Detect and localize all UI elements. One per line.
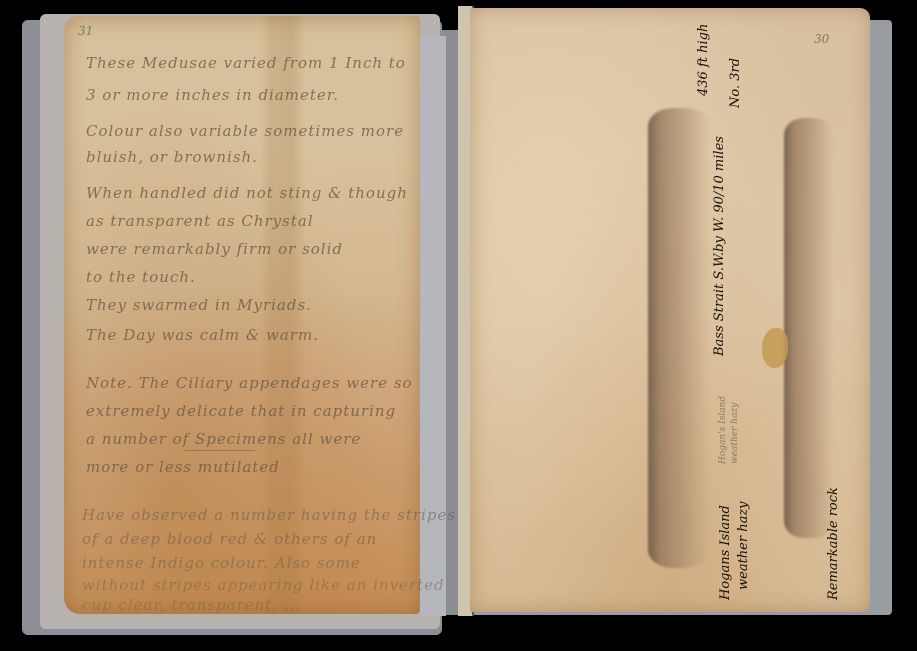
text-line: Have observed a number having the stripe… <box>82 508 456 523</box>
pencil-island-note: Hogan's Island <box>718 396 728 464</box>
left-page-number: 31 <box>78 24 93 38</box>
text-line: without stripes appearing like an invert… <box>82 578 445 593</box>
text-line: 3 or more inches in diameter. <box>86 88 339 103</box>
right-page-number: 30 <box>814 32 829 46</box>
text-line: were remarkably firm or solid <box>86 242 343 257</box>
number-annotation: No. 3rd <box>728 58 743 108</box>
text-line: bluish, or brownish. <box>86 150 258 165</box>
text-line: Note. The Ciliary appendages were so <box>86 376 413 391</box>
coastline-sketch-remarkable-rock <box>784 118 834 538</box>
bearing-annotation: Bass Strait S.W.by W. 90/10 miles <box>712 136 727 356</box>
left-manuscript-page: 31 These Medusae varied from 1 Inch to 3… <box>64 16 420 614</box>
rock-label: Remarkable rock <box>826 487 841 600</box>
height-annotation: 436 ft high <box>696 24 711 96</box>
text-line: of a deep blood red & others of an <box>82 532 377 547</box>
island-label: Hogans Island <box>718 505 733 600</box>
text-line: These Medusae varied from 1 Inch to <box>86 56 406 71</box>
text-line: to the touch. <box>86 270 196 285</box>
coastline-sketch-hogans-island <box>648 108 710 568</box>
section-divider <box>185 450 255 451</box>
text-line: They swarmed in Myriads. <box>86 298 312 313</box>
weather-label: weather hazy <box>736 501 751 590</box>
paper-stain <box>762 328 788 368</box>
text-line: cup clear, transparent, ... <box>82 598 301 613</box>
text-line: a number of Specimens all were <box>86 432 361 447</box>
pencil-weather-note: weather hazy <box>730 403 740 464</box>
text-line: more or less mutilated <box>86 460 280 475</box>
text-line: Colour also variable sometimes more <box>86 124 404 139</box>
text-line: When handled did not sting & though <box>86 186 408 201</box>
text-line: The Day was calm & warm. <box>86 328 319 343</box>
text-line: as transparent as Chrystal <box>86 214 314 229</box>
text-line: extremely delicate that in capturing <box>86 404 396 419</box>
text-line: intense Indigo colour. Also some <box>82 556 361 571</box>
left-page-edge <box>420 36 446 616</box>
